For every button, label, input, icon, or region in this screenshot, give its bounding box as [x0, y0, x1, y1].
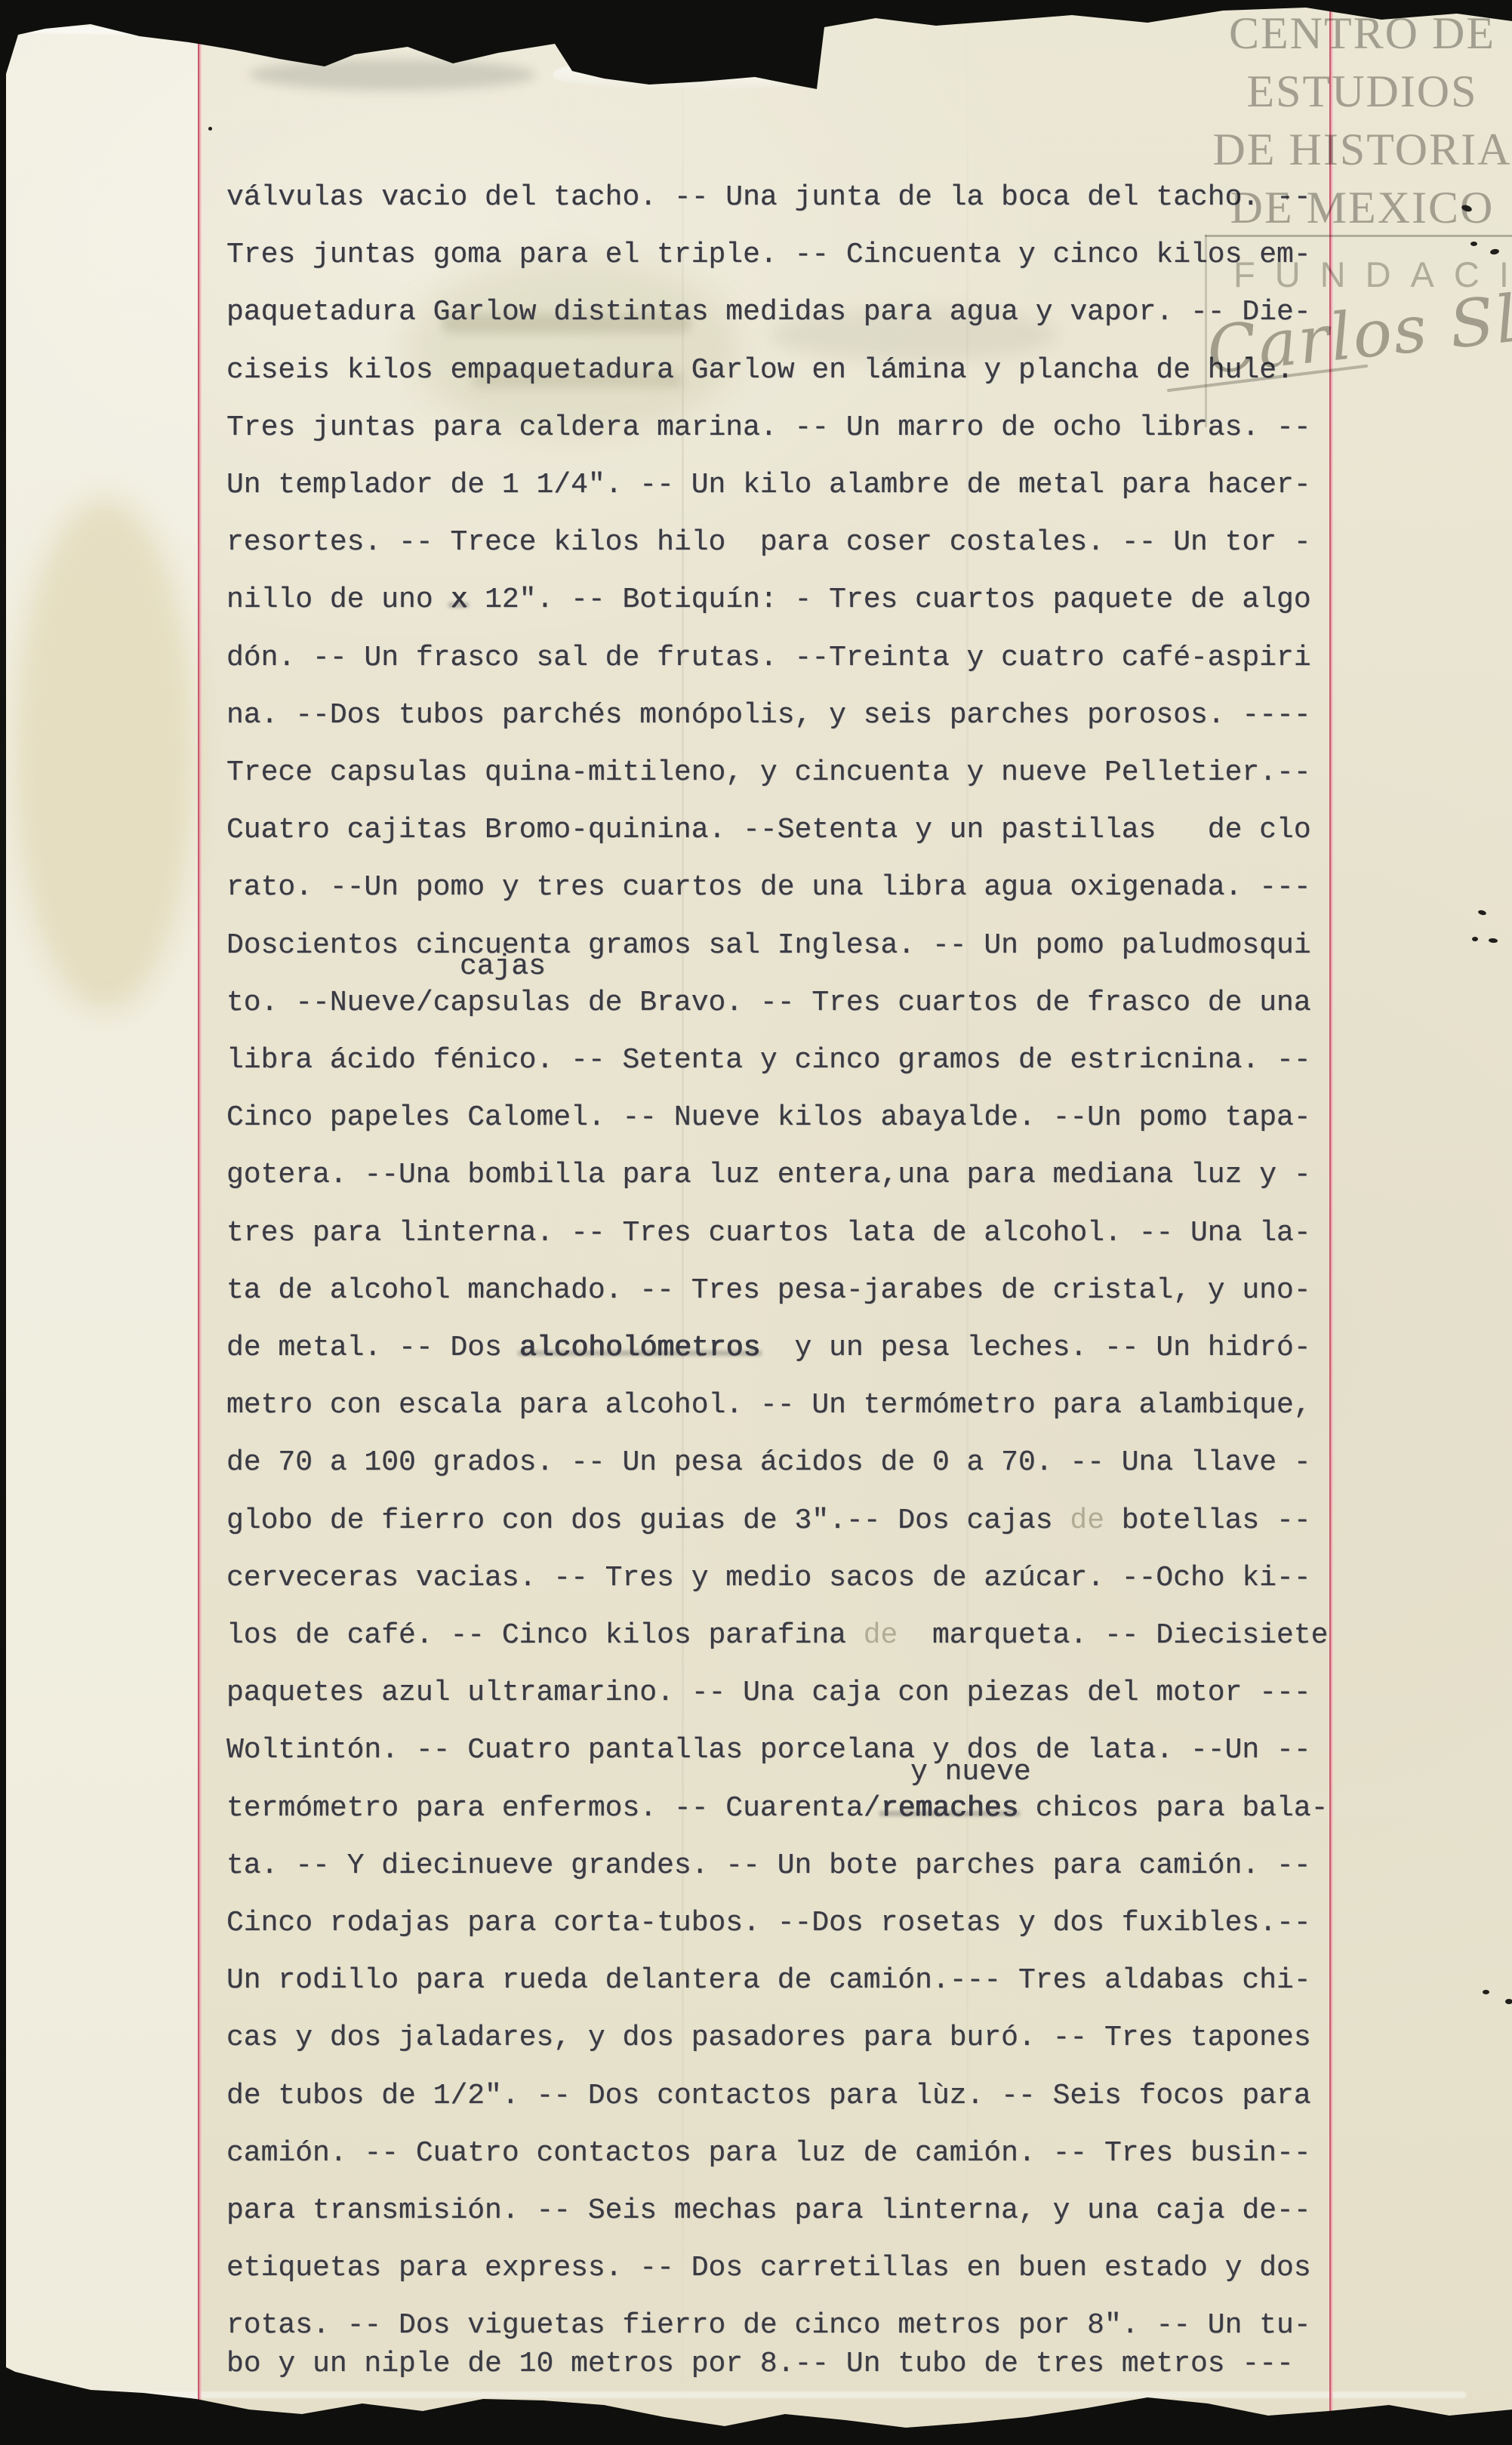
typewritten-segment: termómetro para enfermos. -- Cuarenta/ — [226, 1792, 881, 1825]
typewritten-line: Woltintón. -- Cuatro pantallas porcelana… — [226, 1734, 1311, 1766]
typewritten-segment: libra ácido fénico. -- Setenta y cinco g… — [226, 1044, 1311, 1076]
typewritten-segment: rotas. -- Dos viguetas fierro de cinco m… — [226, 2309, 1311, 2342]
typewritten-line: Un rodillo para rueda delantera de camió… — [226, 1964, 1311, 1997]
typewritten-lines: válvulas vacio del tacho. -- Una junta d… — [0, 0, 1512, 2445]
pinhole-speck — [208, 127, 212, 131]
typewritten-segment-faint: de — [1070, 1504, 1104, 1537]
typewritten-line: Cuatro cajitas Bromo-quinina. --Setenta … — [226, 814, 1311, 846]
typewritten-segment: de metal. -- Dos — [226, 1332, 519, 1364]
typewritten-line: to. --Nueve/capsulas de Bravo. -- Tres c… — [226, 987, 1311, 1019]
typewritten-segment: cas y dos jaladares, y dos pasadores par… — [226, 2022, 1311, 2054]
typewritten-segment: Trece capsulas quina-mitileno, y cincuen… — [226, 756, 1311, 789]
typewritten-line: Cinco papeles Calomel. -- Nueve kilos ab… — [226, 1101, 1311, 1134]
typewritten-line: Tres juntas para caldera marina. -- Un m… — [226, 411, 1311, 444]
typewritten-line: gotera. --Una bombilla para luz entera,u… — [226, 1159, 1311, 1191]
typewritten-line: Trece capsulas quina-mitileno, y cincuen… — [226, 756, 1311, 789]
typewritten-segment: rato. --Un pomo y tres cuartos de una li… — [226, 871, 1311, 904]
typewritten-line: cerveceras vacias. -- Tres y medio sacos… — [226, 1562, 1311, 1594]
typewritten-segment-faint: de — [864, 1619, 898, 1652]
typewritten-line: etiquetas para express. -- Dos carretill… — [226, 2252, 1311, 2284]
typewritten-segment: para transmisión. -- Seis mechas para li… — [226, 2194, 1311, 2227]
typewritten-line: para transmisión. -- Seis mechas para li… — [226, 2194, 1311, 2227]
typewritten-segment: Tres juntas goma para el triple. -- Cinc… — [226, 239, 1311, 271]
typewritten-line: tres para linterna. -- Tres cuartos lata… — [226, 1217, 1311, 1249]
typewritten-line: Un templador de 1 1/4". -- Un kilo alamb… — [226, 469, 1311, 501]
typewritten-line: dón. -- Un frasco sal de frutas. --Trein… — [226, 642, 1311, 674]
typewritten-line: globo de fierro con dos guias de 3".-- D… — [226, 1504, 1311, 1537]
typewritten-segment: etiquetas para express. -- Dos carretill… — [226, 2252, 1311, 2284]
typewritten-segment: válvulas vacio del tacho. -- Una junta d… — [226, 181, 1311, 214]
typewritten-segment: bo y un niple de 10 metros por 8.-- Un t… — [226, 2348, 1294, 2380]
typewritten-segment: na. --Dos tubos parchés monópolis, y sei… — [226, 699, 1311, 731]
typewritten-segment: Tres juntas para caldera marina. -- Un m… — [226, 411, 1311, 444]
typewritten-line: ta de alcohol manchado. -- Tres pesa-jar… — [226, 1274, 1311, 1307]
typewritten-segment: resortes. -- Trece kilos hilo para coser… — [226, 526, 1311, 559]
typewritten-segment: Doscientos cincuenta gramos sal Inglesa.… — [226, 929, 1311, 962]
typewritten-line: libra ácido fénico. -- Setenta y cinco g… — [226, 1044, 1311, 1076]
pinhole-speck — [1505, 1999, 1512, 2004]
typewritten-segment: camión. -- Cuatro contactos para luz de … — [226, 2137, 1311, 2169]
typewritten-line: paquetes azul ultramarino. -- Una caja c… — [226, 1677, 1311, 1709]
typewritten-segment: Cinco rodajas para corta-tubos. --Dos ro… — [226, 1907, 1311, 1939]
typewritten-segment-overtyped: remaches — [881, 1792, 1018, 1825]
typewritten-segment: dón. -- Un frasco sal de frutas. --Trein… — [226, 642, 1311, 674]
typewritten-line: válvulas vacio del tacho. -- Una junta d… — [226, 181, 1311, 214]
typewritten-segment: Cuatro cajitas Bromo-quinina. --Setenta … — [226, 814, 1311, 846]
typewritten-segment: ta de alcohol manchado. -- Tres pesa-jar… — [226, 1274, 1311, 1307]
typewritten-segment: metro con escala para alcohol. -- Un ter… — [226, 1389, 1311, 1421]
typewritten-segment: ciseis kilos empaquetadura Garlow en lám… — [226, 354, 1294, 386]
typewritten-segment: paquetadura Garlow distintas medidas par… — [226, 296, 1311, 328]
typewritten-segment: Un rodillo para rueda delantera de camió… — [226, 1964, 1311, 1997]
typewritten-segment: to. --Nueve/capsulas de Bravo. -- Tres c… — [226, 987, 1311, 1019]
pinhole-speck — [1483, 1990, 1489, 1994]
typewritten-segment: chicos para bala- — [1018, 1792, 1328, 1825]
typewritten-line: metro con escala para alcohol. -- Un ter… — [226, 1389, 1311, 1421]
pinhole-speck — [1472, 937, 1478, 941]
typewritten-line: Tres juntas goma para el triple. -- Cinc… — [226, 239, 1311, 271]
typewritten-line: Cinco rodajas para corta-tubos. --Dos ro… — [226, 1907, 1311, 1939]
typewritten-line: nillo de uno x 12". -- Botiquín: - Tres … — [226, 584, 1311, 616]
typewritten-line: resortes. -- Trece kilos hilo para coser… — [226, 526, 1311, 559]
typewritten-line: ta. -- Y diecinueve grandes. -- Un bote … — [226, 1849, 1311, 1882]
typewritten-segment: botellas -- — [1104, 1504, 1311, 1537]
typewritten-segment: gotera. --Una bombilla para luz entera,u… — [226, 1159, 1311, 1191]
typewritten-segment: de 70 a 100 grados. -- Un pesa ácidos de… — [226, 1446, 1311, 1479]
typewritten-line: Doscientos cincuenta gramos sal Inglesa.… — [226, 929, 1311, 962]
typewritten-line: de metal. -- Dos alcoholómetros y un pes… — [226, 1332, 1311, 1364]
typewritten-line: rato. --Un pomo y tres cuartos de una li… — [226, 871, 1311, 904]
paper-sheet: válvulas vacio del tacho. -- Una junta d… — [0, 0, 1512, 2445]
typewritten-line: ciseis kilos empaquetadura Garlow en lám… — [226, 354, 1294, 386]
pinhole-speck — [1470, 242, 1477, 246]
inserted-word: y nueve — [910, 1756, 1031, 1788]
typewritten-segment: y un pesa leches. -- Un hidró- — [760, 1332, 1311, 1364]
typewritten-segment: de tubos de 1/2". -- Dos contactos para … — [226, 2080, 1311, 2112]
typewritten-line: cas y dos jaladares, y dos pasadores par… — [226, 2022, 1311, 2054]
typewritten-line: de tubos de 1/2". -- Dos contactos para … — [226, 2080, 1311, 2112]
typewritten-line: na. --Dos tubos parchés monópolis, y sei… — [226, 699, 1311, 731]
typewritten-segment: Un templador de 1 1/4". -- Un kilo alamb… — [226, 469, 1311, 501]
typewritten-line: camión. -- Cuatro contactos para luz de … — [226, 2137, 1311, 2169]
typewritten-segment: paquetes azul ultramarino. -- Una caja c… — [226, 1677, 1311, 1709]
typewritten-segment: globo de fierro con dos guias de 3".-- D… — [226, 1504, 1070, 1537]
typewritten-line: paquetadura Garlow distintas medidas par… — [226, 296, 1311, 328]
typewritten-line: de 70 a 100 grados. -- Un pesa ácidos de… — [226, 1446, 1311, 1479]
typewritten-segment: cerveceras vacias. -- Tres y medio sacos… — [226, 1562, 1311, 1594]
typewritten-line: los de café. -- Cinco kilos parafina de … — [226, 1619, 1328, 1652]
typewritten-segment: tres para linterna. -- Tres cuartos lata… — [226, 1217, 1311, 1249]
typewritten-line: termómetro para enfermos. -- Cuarenta/re… — [226, 1792, 1328, 1825]
typewritten-line: bo y un niple de 10 metros por 8.-- Un t… — [226, 2348, 1294, 2380]
typewritten-segment: ta. -- Y diecinueve grandes. -- Un bote … — [226, 1849, 1311, 1882]
typewritten-segment: nillo de uno — [226, 584, 450, 616]
typewritten-segment: 12". -- Botiquín: - Tres cuartos paquete… — [467, 584, 1310, 616]
typewritten-segment-overtyped: alcoholómetros — [519, 1332, 760, 1364]
typewritten-segment: marqueta. -- Diecisiete — [898, 1619, 1328, 1652]
inserted-word: cajas — [460, 950, 546, 983]
typewritten-segment: Woltintón. -- Cuatro pantallas porcelana… — [226, 1734, 1311, 1766]
typewritten-segment: Cinco papeles Calomel. -- Nueve kilos ab… — [226, 1101, 1311, 1134]
typewritten-segment-overtyped: x — [450, 584, 467, 616]
typewritten-line: rotas. -- Dos viguetas fierro de cinco m… — [226, 2309, 1311, 2342]
typewritten-segment: los de café. -- Cinco kilos parafina — [226, 1619, 864, 1652]
scan-background: válvulas vacio del tacho. -- Una junta d… — [0, 0, 1512, 2445]
